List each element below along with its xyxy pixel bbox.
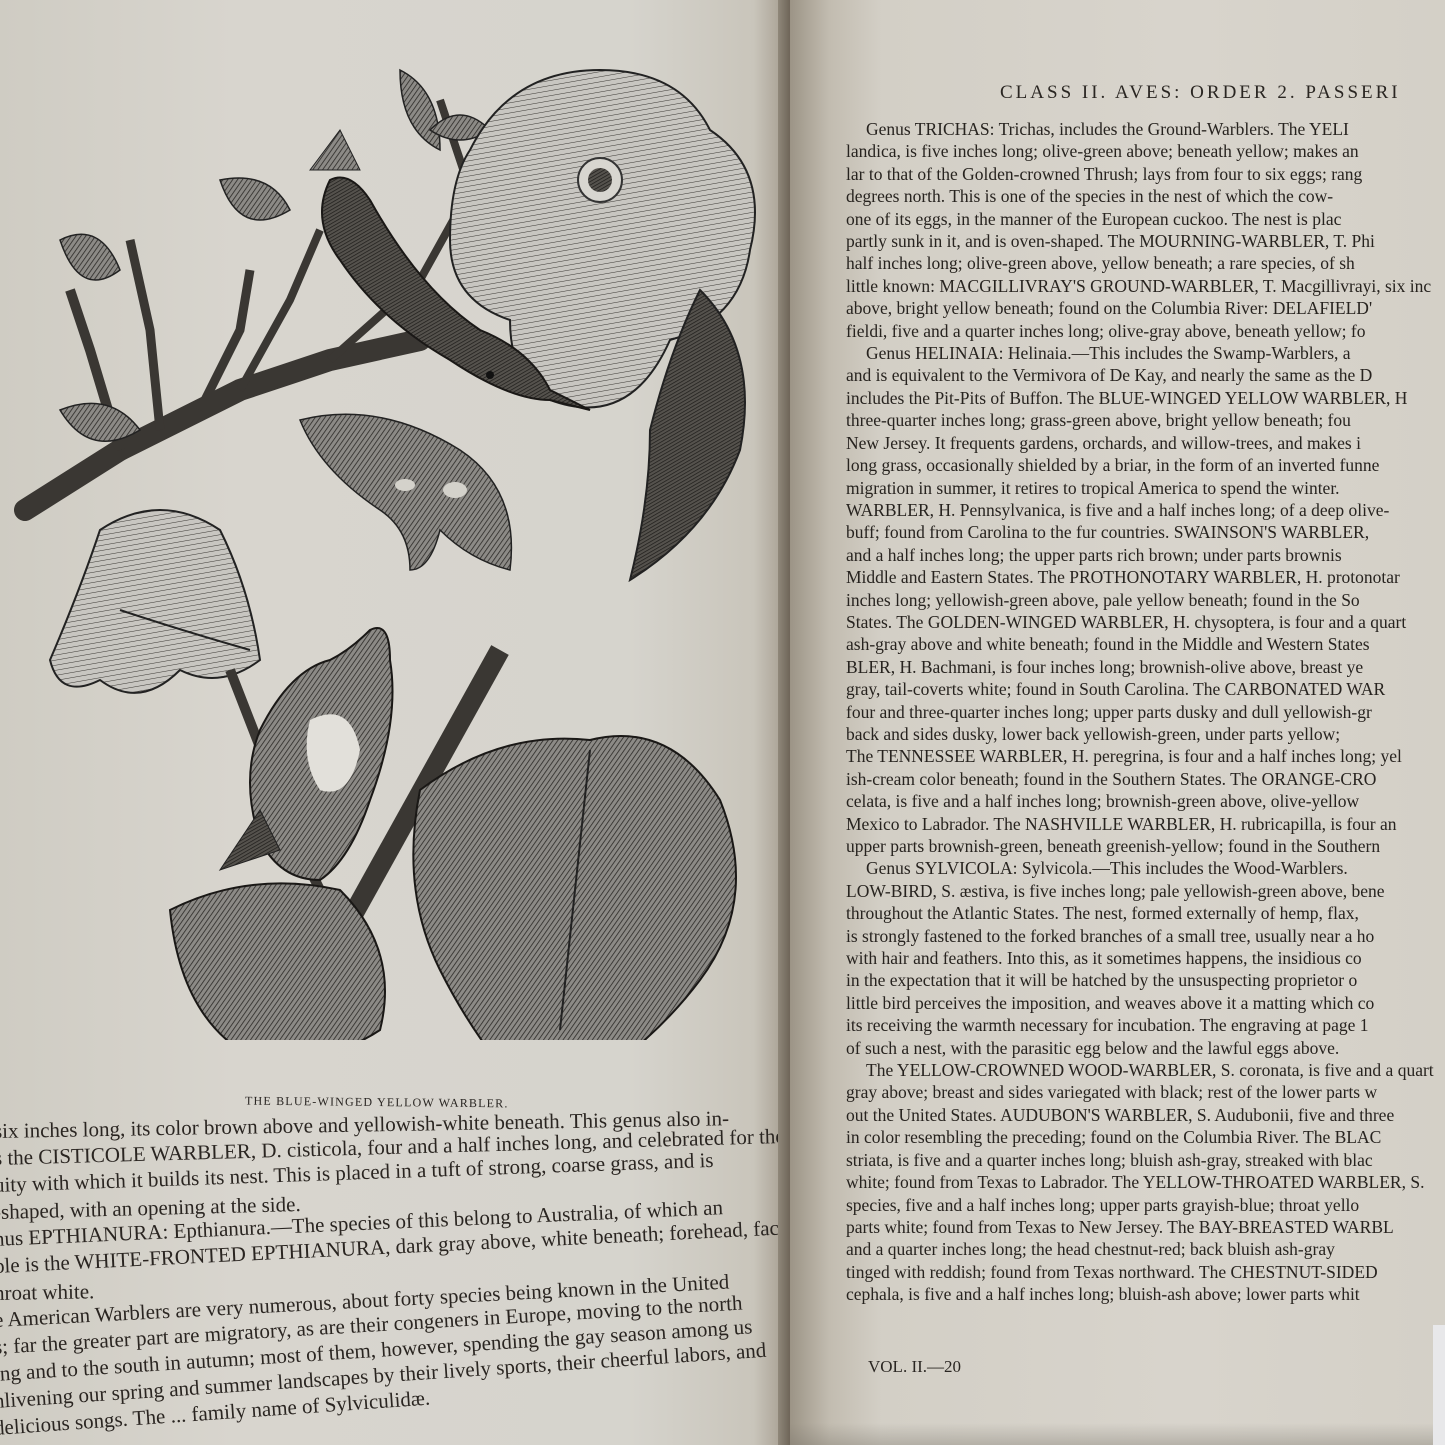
right-text-line: and is equivalent to the Vermivora of De…	[846, 364, 1445, 386]
left-page: THE BLUE-WINGED YELLOW WARBLER. six inch…	[0, 0, 785, 1445]
right-text-line: striata, is five and a quarter inches lo…	[846, 1149, 1445, 1171]
right-text-line: States. The GOLDEN-WINGED WARBLER, H. ch…	[846, 611, 1445, 633]
right-text-line: WARBLER, H. Pennsylvanica, is five and a…	[846, 499, 1445, 521]
right-page-body-text: Genus TRICHAS: Trichas, includes the Gro…	[846, 118, 1445, 1306]
right-text-line: The TENNESSEE WARBLER, H. peregrina, is …	[846, 745, 1445, 767]
right-text-line: Genus SYLVICOLA: Sylvicola.—This include…	[846, 857, 1445, 879]
right-text-line: half inches long; olive-green above, yel…	[846, 252, 1445, 274]
bird-engraving-illustration	[0, 30, 780, 1040]
right-text-line: fieldi, five and a quarter inches long; …	[846, 320, 1445, 342]
right-text-line: The YELLOW-CROWNED WOOD-WARBLER, S. coro…	[846, 1059, 1445, 1081]
page-edge-corner	[1433, 1325, 1445, 1445]
right-text-line: three-quarter inches long; grass-green a…	[846, 409, 1445, 431]
right-text-line: buff; found from Carolina to the fur cou…	[846, 521, 1445, 543]
right-text-line: cephala, is five and a half inches long;…	[846, 1283, 1445, 1305]
right-text-line: little bird perceives the imposition, an…	[846, 992, 1445, 1014]
right-text-line: with hair and feathers. Into this, as it…	[846, 947, 1445, 969]
right-text-line: celata, is five and a half inches long; …	[846, 790, 1445, 812]
right-text-line: ash-gray above and white beneath; found …	[846, 633, 1445, 655]
right-text-line: upper parts brownish-green, beneath gree…	[846, 835, 1445, 857]
right-text-line: its receiving the warmth necessary for i…	[846, 1014, 1445, 1036]
right-text-line: lar to that of the Golden-crowned Thrush…	[846, 163, 1445, 185]
right-text-line: is strongly fastened to the forked branc…	[846, 925, 1445, 947]
right-text-line: one of its eggs, in the manner of the Eu…	[846, 208, 1445, 230]
right-text-line: tinged with reddish; found from Texas no…	[846, 1261, 1445, 1283]
engraving-svg	[0, 30, 780, 1040]
right-text-line: ish-cream color beneath; found in the So…	[846, 768, 1445, 790]
right-text-line: of such a nest, with the parasitic egg b…	[846, 1037, 1445, 1059]
right-text-line: throughout the Atlantic States. The nest…	[846, 902, 1445, 924]
volume-signature: VOL. II.—20	[868, 1357, 961, 1377]
right-text-line: little known: MACGILLIVRAY'S GROUND-WARB…	[846, 275, 1445, 297]
right-text-line: LOW-BIRD, S. æstiva, is five inches long…	[846, 880, 1445, 902]
right-text-line: gray, tail-coverts white; found in South…	[846, 678, 1445, 700]
right-text-line: inches long; yellowish-green above, pale…	[846, 589, 1445, 611]
page-bottom-shadow	[790, 1423, 1445, 1445]
running-head: CLASS II. AVES: ORDER 2. PASSERI	[1000, 82, 1401, 104]
right-text-line: in the expectation that it will be hatch…	[846, 969, 1445, 991]
right-text-line: BLER, H. Bachmani, is four inches long; …	[846, 656, 1445, 678]
right-text-line: in color resembling the preceding; found…	[846, 1126, 1445, 1148]
right-text-line: migration in summer, it retires to tropi…	[846, 477, 1445, 499]
right-text-line: Middle and Eastern States. The PROTHONOT…	[846, 566, 1445, 588]
left-page-body-text: six inches long, its color brown above a…	[0, 1118, 785, 1442]
right-text-line: gray above; breast and sides variegated …	[846, 1081, 1445, 1103]
right-text-line: white; found from Texas to Labrador. The…	[846, 1171, 1445, 1193]
right-text-line: back and sides dusky, lower back yellowi…	[846, 723, 1445, 745]
right-text-line: four and three-quarter inches long; uppe…	[846, 701, 1445, 723]
right-text-line: species, five and a half inches long; up…	[846, 1194, 1445, 1216]
right-text-line: above, bright yellow beneath; found on t…	[846, 297, 1445, 319]
right-text-line: Genus HELINAIA: Helinaia.—This includes …	[846, 342, 1445, 364]
right-text-line: and a quarter inches long; the head ches…	[846, 1238, 1445, 1260]
right-text-line: includes the Pit-Pits of Buffon. The BLU…	[846, 387, 1445, 409]
right-text-line: out the United States. AUDUBON'S WARBLER…	[846, 1104, 1445, 1126]
right-text-line: Mexico to Labrador. The NASHVILLE WARBLE…	[846, 813, 1445, 835]
right-text-line: partly sunk in it, and is oven-shaped. T…	[846, 230, 1445, 252]
right-text-line: parts white; found from Texas to New Jer…	[846, 1216, 1445, 1238]
right-text-line: long grass, occasionally shielded by a b…	[846, 454, 1445, 476]
right-text-line: New Jersey. It frequents gardens, orchar…	[846, 432, 1445, 454]
right-text-line: and a half inches long; the upper parts …	[846, 544, 1445, 566]
right-text-line: landica, is five inches long; olive-gree…	[846, 140, 1445, 162]
right-text-line: degrees north. This is one of the specie…	[846, 185, 1445, 207]
right-text-line: Genus TRICHAS: Trichas, includes the Gro…	[846, 118, 1445, 140]
